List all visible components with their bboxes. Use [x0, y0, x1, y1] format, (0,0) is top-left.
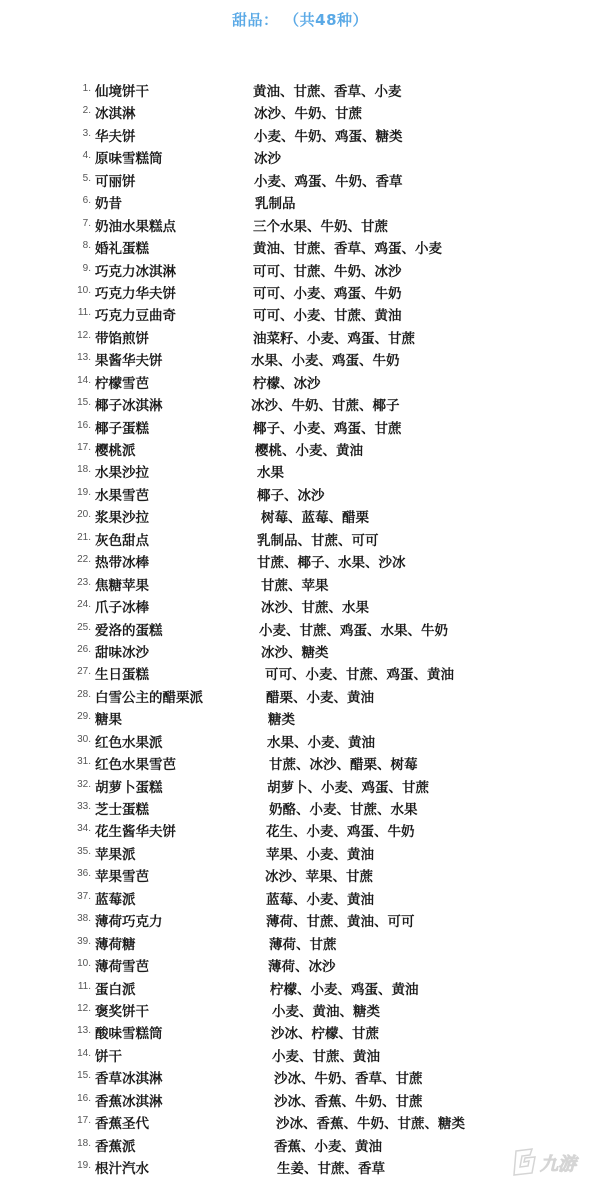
list-item: 10.巧克力华夫饼可可、小麦、鸡蛋、牛奶	[0, 282, 600, 304]
list-item: 18.水果沙拉水果	[0, 461, 600, 483]
list-item: 11.蛋白派柠檬、小麦、鸡蛋、黄油	[0, 978, 600, 1000]
dessert-ingredients: 水果、小麦、鸡蛋、牛奶	[251, 349, 400, 369]
dessert-ingredients: 生姜、甘蔗、香草	[277, 1157, 385, 1177]
dessert-name: 酸味雪糕筒	[95, 1022, 163, 1042]
item-number: 23.	[77, 577, 91, 588]
list-item: 23.焦糖苹果甘蔗、苹果	[0, 574, 600, 596]
dessert-name: 樱桃派	[95, 439, 136, 459]
list-item: 39.薄荷糖薄荷、甘蔗	[0, 933, 600, 955]
list-item: 34.花生酱华夫饼花生、小麦、鸡蛋、牛奶	[0, 820, 600, 842]
dessert-name: 椰子蛋糕	[95, 417, 149, 437]
item-number: 26.	[77, 644, 91, 655]
dessert-ingredients: 柠檬、小麦、鸡蛋、黄油	[270, 978, 419, 998]
dessert-name: 热带冰棒	[95, 551, 149, 571]
item-number: 32.	[77, 779, 91, 790]
list-item: 1.仙境饼干黄油、甘蔗、香草、小麦	[0, 80, 600, 102]
item-number: 33.	[77, 801, 91, 812]
item-number: 12.	[77, 1003, 91, 1014]
item-number: 4.	[83, 150, 91, 161]
dessert-name: 饼干	[95, 1045, 122, 1065]
list-item: 16.香蕉冰淇淋沙冰、香蕉、牛奶、甘蔗	[0, 1090, 600, 1112]
list-item: 36.苹果雪芭冰沙、苹果、甘蔗	[0, 865, 600, 887]
item-number: 12.	[77, 330, 91, 341]
dessert-name: 灰色甜点	[95, 529, 149, 549]
dessert-ingredients: 黄油、甘蔗、香草、鸡蛋、小麦	[253, 237, 442, 257]
dessert-name: 巧克力冰淇淋	[95, 260, 176, 280]
list-item: 19.水果雪芭椰子、冰沙	[0, 484, 600, 506]
dessert-ingredients: 薄荷、冰沙	[268, 955, 336, 975]
list-item: 25.爱洛的蛋糕小麦、甘蔗、鸡蛋、水果、牛奶	[0, 619, 600, 641]
list-item: 28.白雪公主的醋栗派醋栗、小麦、黄油	[0, 686, 600, 708]
item-number: 39.	[77, 936, 91, 947]
dessert-name: 甜味冰沙	[95, 641, 149, 661]
list-item: 13.果酱华夫饼水果、小麦、鸡蛋、牛奶	[0, 349, 600, 371]
list-item: 6.奶昔乳制品	[0, 192, 600, 214]
item-number: 19.	[77, 487, 91, 498]
dessert-name: 原味雪糕筒	[95, 147, 163, 167]
dessert-ingredients: 沙冰、香蕉、牛奶、甘蔗	[274, 1090, 423, 1110]
dessert-ingredients: 乳制品	[255, 192, 296, 212]
list-item: 29.糖果糖类	[0, 708, 600, 730]
item-number: 9.	[83, 263, 91, 274]
dessert-name: 香草冰淇淋	[95, 1067, 163, 1087]
dessert-name: 花生酱华夫饼	[95, 820, 176, 840]
item-number: 8.	[83, 240, 91, 251]
dessert-name: 椰子冰淇淋	[95, 394, 163, 414]
dessert-ingredients: 可可、小麦、鸡蛋、牛奶	[253, 282, 402, 302]
dessert-name: 华夫饼	[95, 125, 136, 145]
item-number: 19.	[77, 1160, 91, 1171]
dessert-name: 奶昔	[95, 192, 122, 212]
list-item: 22.热带冰棒甘蔗、椰子、水果、沙冰	[0, 551, 600, 573]
dessert-ingredients: 可可、小麦、甘蔗、黄油	[253, 304, 402, 324]
dessert-ingredients: 花生、小麦、鸡蛋、牛奶	[266, 820, 415, 840]
dessert-ingredients: 乳制品、甘蔗、可可	[257, 529, 379, 549]
list-item: 8.婚礼蛋糕黄油、甘蔗、香草、鸡蛋、小麦	[0, 237, 600, 259]
dessert-ingredients: 油菜籽、小麦、鸡蛋、甘蔗	[253, 327, 415, 347]
dessert-ingredients: 椰子、小麦、鸡蛋、甘蔗	[253, 417, 402, 437]
item-number: 21.	[77, 532, 91, 543]
dessert-ingredients: 柠檬、冰沙	[253, 372, 321, 392]
dessert-ingredients: 沙冰、柠檬、甘蔗	[271, 1022, 379, 1042]
dessert-ingredients: 小麦、牛奶、鸡蛋、糖类	[254, 125, 403, 145]
list-item: 27.生日蛋糕可可、小麦、甘蔗、鸡蛋、黄油	[0, 663, 600, 685]
list-item: 9.巧克力冰淇淋可可、甘蔗、牛奶、冰沙	[0, 260, 600, 282]
dessert-ingredients: 香蕉、小麦、黄油	[274, 1135, 382, 1155]
dessert-ingredients: 小麦、黄油、糖类	[272, 1000, 380, 1020]
dessert-name: 巧克力豆曲奇	[95, 304, 176, 324]
item-number: 10.	[77, 285, 91, 296]
dessert-ingredients: 沙冰、香蕉、牛奶、甘蔗、糖类	[276, 1112, 465, 1132]
dessert-name: 苹果雪芭	[95, 865, 149, 885]
list-item: 7.奶油水果糕点三个水果、牛奶、甘蔗	[0, 215, 600, 237]
dessert-name: 香蕉冰淇淋	[95, 1090, 163, 1110]
dessert-ingredients: 树莓、蓝莓、醋栗	[261, 506, 369, 526]
item-number: 18.	[77, 464, 91, 475]
dessert-name: 香蕉派	[95, 1135, 136, 1155]
dessert-name: 薄荷糖	[95, 933, 136, 953]
item-number: 35.	[77, 846, 91, 857]
item-number: 11.	[78, 981, 91, 992]
item-number: 31.	[77, 756, 91, 767]
item-number: 15.	[77, 397, 91, 408]
item-number: 10.	[77, 958, 91, 969]
list-item: 17.樱桃派樱桃、小麦、黄油	[0, 439, 600, 461]
item-number: 37.	[77, 891, 91, 902]
list-item: 15.香草冰淇淋沙冰、牛奶、香草、甘蔗	[0, 1067, 600, 1089]
dessert-name: 爱洛的蛋糕	[95, 619, 163, 639]
item-number: 7.	[83, 218, 91, 229]
dessert-name: 巧克力华夫饼	[95, 282, 176, 302]
dessert-ingredients: 冰沙、牛奶、甘蔗、椰子	[251, 394, 400, 414]
list-item: 14.饼干小麦、甘蔗、黄油	[0, 1045, 600, 1067]
list-item: 5.可丽饼小麦、鸡蛋、牛奶、香草	[0, 170, 600, 192]
watermark: 九游	[510, 1145, 594, 1179]
list-item: 16.椰子蛋糕椰子、小麦、鸡蛋、甘蔗	[0, 417, 600, 439]
dessert-ingredients: 冰沙、糖类	[261, 641, 329, 661]
item-number: 29.	[77, 711, 91, 722]
list-item: 3.华夫饼小麦、牛奶、鸡蛋、糖类	[0, 125, 600, 147]
item-number: 38.	[77, 913, 91, 924]
item-number: 13.	[77, 1025, 91, 1036]
dessert-name: 婚礼蛋糕	[95, 237, 149, 257]
dessert-ingredients: 冰沙	[254, 147, 281, 167]
list-item: 33.芝士蛋糕奶酪、小麦、甘蔗、水果	[0, 798, 600, 820]
dessert-name: 带馅煎饼	[95, 327, 149, 347]
dessert-name: 可丽饼	[95, 170, 136, 190]
list-item: 24.爪子冰棒冰沙、甘蔗、水果	[0, 596, 600, 618]
dessert-ingredients: 蓝莓、小麦、黄油	[266, 888, 374, 908]
dessert-ingredients: 薄荷、甘蔗	[269, 933, 337, 953]
list-item: 20.浆果沙拉树莓、蓝莓、醋栗	[0, 506, 600, 528]
dessert-name: 浆果沙拉	[95, 506, 149, 526]
jiuyou-logo-icon: 九游	[510, 1145, 594, 1179]
dessert-ingredients: 醋栗、小麦、黄油	[266, 686, 374, 706]
dessert-ingredients: 甘蔗、冰沙、醋栗、树莓	[269, 753, 418, 773]
dessert-ingredients: 可可、小麦、甘蔗、鸡蛋、黄油	[265, 663, 454, 683]
list-item: 32.胡萝卜蛋糕胡萝卜、小麦、鸡蛋、甘蔗	[0, 776, 600, 798]
list-item: 17.香蕉圣代沙冰、香蕉、牛奶、甘蔗、糖类	[0, 1112, 600, 1134]
dessert-list: 1.仙境饼干黄油、甘蔗、香草、小麦2.冰淇淋冰沙、牛奶、甘蔗3.华夫饼小麦、牛奶…	[0, 80, 600, 1179]
dessert-name: 褒奖饼干	[95, 1000, 149, 1020]
list-item: 12.带馅煎饼油菜籽、小麦、鸡蛋、甘蔗	[0, 327, 600, 349]
dessert-ingredients: 黄油、甘蔗、香草、小麦	[253, 80, 402, 100]
dessert-name: 苹果派	[95, 843, 136, 863]
item-number: 13.	[77, 352, 91, 363]
dessert-ingredients: 薄荷、甘蔗、黄油、可可	[266, 910, 415, 930]
list-item: 14.柠檬雪芭柠檬、冰沙	[0, 372, 600, 394]
dessert-name: 水果沙拉	[95, 461, 149, 481]
dessert-name: 香蕉圣代	[95, 1112, 149, 1132]
dessert-name: 薄荷巧克力	[95, 910, 163, 930]
item-number: 11.	[78, 307, 91, 318]
dessert-ingredients: 三个水果、牛奶、甘蔗	[253, 215, 388, 235]
item-number: 17.	[77, 1115, 91, 1126]
item-number: 14.	[77, 1048, 91, 1059]
dessert-ingredients: 甘蔗、椰子、水果、沙冰	[257, 551, 406, 571]
dessert-name: 蓝莓派	[95, 888, 136, 908]
dessert-ingredients: 水果、小麦、黄油	[267, 731, 375, 751]
dessert-name: 根汁汽水	[95, 1157, 149, 1177]
item-number: 5.	[83, 173, 91, 184]
dessert-ingredients: 樱桃、小麦、黄油	[255, 439, 363, 459]
dessert-name: 红色水果派	[95, 731, 163, 751]
dessert-ingredients: 冰沙、牛奶、甘蔗	[254, 102, 362, 122]
item-number: 15.	[77, 1070, 91, 1081]
list-item: 30.红色水果派水果、小麦、黄油	[0, 731, 600, 753]
list-item: 4.原味雪糕筒冰沙	[0, 147, 600, 169]
list-item: 13.酸味雪糕筒沙冰、柠檬、甘蔗	[0, 1022, 600, 1044]
dessert-ingredients: 糖类	[268, 708, 295, 728]
item-number: 28.	[77, 689, 91, 700]
svg-text:九游: 九游	[539, 1154, 579, 1175]
dessert-ingredients: 椰子、冰沙	[257, 484, 325, 504]
dessert-ingredients: 小麦、鸡蛋、牛奶、香草	[254, 170, 403, 190]
dessert-name: 仙境饼干	[95, 80, 149, 100]
dessert-name: 冰淇淋	[95, 102, 136, 122]
dessert-ingredients: 可可、甘蔗、牛奶、冰沙	[253, 260, 402, 280]
list-item: 12.褒奖饼干小麦、黄油、糖类	[0, 1000, 600, 1022]
dessert-ingredients: 冰沙、甘蔗、水果	[261, 596, 369, 616]
dessert-name: 蛋白派	[95, 978, 136, 998]
item-number: 36.	[77, 868, 91, 879]
item-number: 20.	[77, 509, 91, 520]
item-number: 16.	[77, 1093, 91, 1104]
item-number: 24.	[77, 599, 91, 610]
dessert-name: 薄荷雪芭	[95, 955, 149, 975]
list-item: 38.薄荷巧克力薄荷、甘蔗、黄油、可可	[0, 910, 600, 932]
item-number: 27.	[77, 666, 91, 677]
item-number: 22.	[77, 554, 91, 565]
item-number: 17.	[77, 442, 91, 453]
item-number: 30.	[77, 734, 91, 745]
dessert-ingredients: 冰沙、苹果、甘蔗	[265, 865, 373, 885]
dessert-name: 糖果	[95, 708, 122, 728]
list-item: 26.甜味冰沙冰沙、糖类	[0, 641, 600, 663]
dessert-name: 芝士蛋糕	[95, 798, 149, 818]
item-number: 16.	[77, 420, 91, 431]
list-item: 31.红色水果雪芭甘蔗、冰沙、醋栗、树莓	[0, 753, 600, 775]
list-item: 35.苹果派苹果、小麦、黄油	[0, 843, 600, 865]
dessert-name: 果酱华夫饼	[95, 349, 163, 369]
list-item: 37.蓝莓派蓝莓、小麦、黄油	[0, 888, 600, 910]
item-number: 6.	[83, 195, 91, 206]
list-item: 21.灰色甜点乳制品、甘蔗、可可	[0, 529, 600, 551]
item-number: 3.	[83, 128, 91, 139]
dessert-name: 胡萝卜蛋糕	[95, 776, 163, 796]
dessert-name: 焦糖苹果	[95, 574, 149, 594]
dessert-name: 爪子冰棒	[95, 596, 149, 616]
dessert-ingredients: 胡萝卜、小麦、鸡蛋、甘蔗	[267, 776, 429, 796]
dessert-ingredients: 小麦、甘蔗、鸡蛋、水果、牛奶	[259, 619, 448, 639]
item-number: 1.	[83, 83, 91, 94]
item-number: 14.	[77, 375, 91, 386]
dessert-ingredients: 甘蔗、苹果	[261, 574, 329, 594]
list-item: 11.巧克力豆曲奇可可、小麦、甘蔗、黄油	[0, 304, 600, 326]
dessert-name: 白雪公主的醋栗派	[95, 686, 203, 706]
list-item: 2.冰淇淋冰沙、牛奶、甘蔗	[0, 102, 600, 124]
dessert-ingredients: 苹果、小麦、黄油	[266, 843, 374, 863]
list-item: 10.薄荷雪芭薄荷、冰沙	[0, 955, 600, 977]
dessert-name: 柠檬雪芭	[95, 372, 149, 392]
page-title: 甜品： （共48种）	[0, 9, 600, 30]
dessert-name: 红色水果雪芭	[95, 753, 176, 773]
dessert-ingredients: 沙冰、牛奶、香草、甘蔗	[274, 1067, 423, 1087]
item-number: 2.	[83, 105, 91, 116]
dessert-name: 水果雪芭	[95, 484, 149, 504]
dessert-ingredients: 奶酪、小麦、甘蔗、水果	[269, 798, 418, 818]
item-number: 34.	[77, 823, 91, 834]
list-item: 15.椰子冰淇淋冰沙、牛奶、甘蔗、椰子	[0, 394, 600, 416]
dessert-name: 奶油水果糕点	[95, 215, 176, 235]
item-number: 25.	[77, 622, 91, 633]
dessert-name: 生日蛋糕	[95, 663, 149, 683]
item-number: 18.	[77, 1138, 91, 1149]
dessert-ingredients: 水果	[257, 461, 284, 481]
dessert-ingredients: 小麦、甘蔗、黄油	[272, 1045, 380, 1065]
